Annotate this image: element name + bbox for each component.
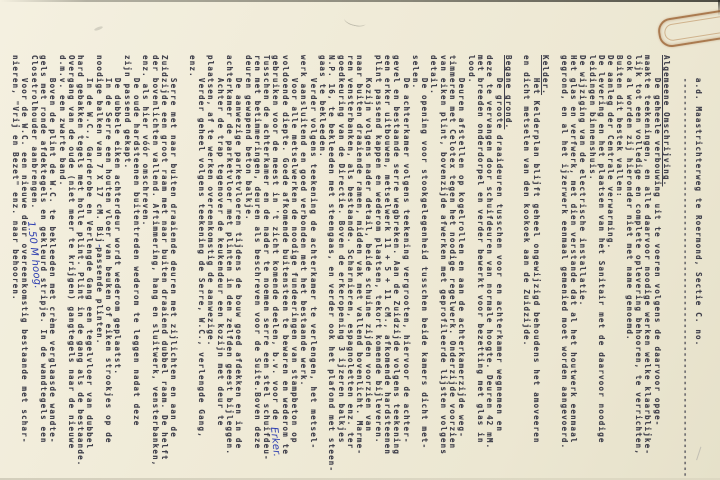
- typed-text: lijk tot een volledige en complete oplev…: [634, 55, 643, 455]
- document-line: naar buiten draaiende ramen, midden vak …: [355, 55, 364, 480]
- document-line: Het Kelderplan blijft geheel ongewijzigd…: [531, 55, 540, 480]
- document-line: ren vensterbanken, als bestaande. Scharn…: [346, 55, 355, 480]
- typed-text: goedkeuring van de Directie. Boven de er…: [337, 55, 346, 444]
- typed-text: hard gebakken tegels met holle plint. Pl…: [76, 55, 85, 467]
- document-line: Achter de trap tegenover de keukendeur e…: [215, 55, 224, 480]
- typed-text: met breeden onderdorpel en verder bewerk…: [476, 55, 485, 444]
- typed-text: achterkamer de parketvloer met plinten i…: [225, 55, 234, 455]
- document-line: Tusschen de achterkamer en de nader te n…: [262, 55, 271, 480]
- typed-text: een erker uitbouwen, metselwerk 11 + 5 +…: [383, 55, 392, 455]
- typed-text: Het glas en verfwerk, met dien verstande…: [569, 55, 578, 444]
- document-line: Het glas en verfwerk, met dien verstande…: [569, 55, 578, 480]
- typed-text: Het Kelderplan blijft geheel ongewijzigd…: [532, 55, 541, 444]
- document-line: selen.: [411, 55, 420, 480]
- typed-text: De dubbele eiken achterdeur wordt wedero…: [113, 55, 122, 375]
- document-line: detail.: [429, 55, 438, 480]
- typed-text: Algemeene Omschrijving.: [662, 55, 671, 186]
- typed-text: leidingen binnenshuis.: [588, 55, 597, 181]
- document-line: De opening voor stookgelegenheid tussche…: [420, 55, 429, 480]
- document-line: van eiken plint, bovenzijde afwerken met…: [438, 55, 447, 480]
- document-line: Boven de plint de W.C. te bekleeden met …: [48, 55, 57, 480]
- typed-text: selen.: [411, 55, 420, 89]
- document-line: zijn passend gekapt.: [122, 55, 131, 480]
- typed-text: gevel en bestaande serre wegbreken. Aan …: [392, 55, 401, 455]
- document-line: Serre met naar buiten draaiende deuren m…: [169, 55, 178, 480]
- typed-text: De aanwezige parketvloeren tijdens de bo…: [234, 55, 243, 449]
- document-line: N.P. 16, te bekleeden met steengaas, en …: [327, 55, 336, 480]
- section-heading: Begane grond.: [504, 55, 513, 480]
- typed-text: De geheele verbouwing uit te voeren volg…: [653, 55, 662, 427]
- document-line: met breeden onderdorpel en verder bewerk…: [476, 55, 485, 480]
- typed-text: Voor alle metselwerken de noodige fundee…: [290, 55, 299, 444]
- typed-text: Buiten dit bestek vallen:: [615, 55, 624, 198]
- document-line: hard gebakken tegels met holle plint. Pl…: [76, 55, 85, 480]
- typed-text: voldoende diepte. Goede afkomende buiten…: [281, 55, 290, 455]
- typed-text: N.P. 16, te bekleeden met steengaas, en …: [327, 55, 336, 472]
- typed-text: Begane grond.: [504, 55, 513, 129]
- typed-text: zijn passend gekapt.: [123, 55, 132, 169]
- typed-text: Verder volgens teekening de achterkamer …: [309, 55, 318, 449]
- typed-text: De groote draaideuren tusschen voor en a…: [495, 55, 504, 432]
- typed-text: Overgang van de oude (niet meer te krijg…: [67, 55, 76, 449]
- typed-text: Zuidzijde een groot raam met naar buiten…: [160, 55, 169, 461]
- typed-text: gebruiken voor de meest in 't zicht kome…: [271, 55, 280, 427]
- typed-text: Closetrolhouder aanbrengen.: [30, 55, 39, 221]
- typed-text: en dicht metselen van den kookoek aan de…: [522, 55, 531, 346]
- paperclip-rust-stain-inner: [663, 13, 720, 42]
- document-line: maakte teekeningen, en alle daarvoor noo…: [643, 55, 652, 480]
- document-line: voldoende diepte. Goede afkomende buiten…: [280, 55, 289, 480]
- document-text: a.d. Maastrichterweg te Roermond, Sectie…: [0, 0, 720, 480]
- typed-text: Deuren afstellen op kogelrollen en aan d…: [457, 55, 466, 438]
- typed-text: passende plinten.: [95, 247, 104, 344]
- typed-text: naar buiten draaiende ramen, midden vak …: [355, 55, 364, 455]
- document-line: Closetrolhouder aanbrengen. 1.50 M hoog.: [29, 55, 38, 480]
- document-line: plaatsen, af te werken overeenkomstig de…: [206, 55, 215, 480]
- typed-text: Serre met naar buiten draaiende deuren m…: [169, 55, 178, 438]
- scanned-page: a.d. Maastrichterweg te Roermond, Sectie…: [0, 0, 720, 480]
- handwritten-annotation: -: [94, 243, 104, 248]
- document-line: een erker uitbouwen, metselwerk 11 + 5 +…: [383, 55, 392, 480]
- document-line: Kozijn volgens nader detail, beide schui…: [364, 55, 373, 480]
- document-line: Overgang van de oude (niet meer te krijg…: [67, 55, 76, 480]
- typed-text: plint passend kappen en wederom plaatsen…: [374, 55, 383, 444]
- document-line: d.m.v. een zwarte band.: [57, 55, 66, 480]
- typed-text: Kozijn volgens nader detail, beide schui…: [364, 55, 373, 432]
- section-heading: Kelder.: [541, 55, 550, 480]
- document-line: en dicht metselen van den kookoek aan de…: [522, 55, 531, 480]
- document-line: In de W.C., Garderobe en Verlengde Gang …: [85, 55, 94, 480]
- typed-text: De oude hardsteenen buitentreden wederom…: [132, 55, 141, 427]
- typed-text: ren vensterbanken, als bestaande. Scharn…: [346, 55, 355, 449]
- document-line: De oude hardsteenen buitentreden wederom…: [132, 55, 141, 480]
- document-line: achterkamer de parketvloer met plinten i…: [225, 55, 234, 480]
- document-line: nieren, "Vrij en Bezet" enz. naar behoor…: [11, 55, 20, 480]
- typed-text: Tusschen de achterkamer en de nader te n…: [262, 55, 271, 461]
- handwritten-annotation: Erker.: [269, 426, 281, 457]
- document-line: ren met betimmeringen, deuren als beschr…: [253, 55, 262, 480]
- document-line: deze te vervangen door schuifdeuren van …: [485, 55, 494, 480]
- typed-text: gaas te bekleeden.: [318, 55, 327, 158]
- typed-text: In de W.C., Garderobe en Verlengde Gang …: [86, 55, 95, 449]
- typed-text: De wijziging van de electrische installa…: [578, 55, 587, 306]
- typed-text: deze te vervangen door schuifdeuren van …: [485, 55, 494, 449]
- typed-text: gels met ronde afdektegels en gekleurd s…: [39, 55, 48, 444]
- document-line: enz.: [187, 55, 196, 480]
- document-line: plint passend kappen en wederom plaatsen…: [373, 55, 382, 480]
- typed-text: deuren gewapend beton balkje.: [244, 55, 253, 221]
- document-line: ook al worden zij hieronder niet met nam…: [624, 55, 633, 480]
- document-line: De groote draaideuren tusschen voor en a…: [494, 55, 503, 480]
- document-line: leidingen binnenshuis.: [587, 55, 596, 480]
- typed-text: De achterkamer volgens teekening vergroo…: [402, 55, 411, 444]
- typed-text: ook al worden zij hieronder niet met nam…: [625, 55, 634, 341]
- document-line: deuren gewapend beton balkje.: [243, 55, 252, 480]
- document-line: gegrond, en al het ijzerwerk eenmaal gem…: [559, 55, 568, 480]
- document-line: De wijziging van de electrische installa…: [578, 55, 587, 480]
- document-line: gevel en bestaande serre wegbreken. Aan …: [392, 55, 401, 480]
- typed-text: nieren, "Vrij en Bezet" enz. naar behoor…: [11, 55, 20, 301]
- document-line: De aanwezige parketvloeren tijdens de bo…: [234, 55, 243, 480]
- typed-text: De aanleg der Centrale verwarming.: [606, 55, 615, 249]
- document-line: Voor alle metselwerken de noodige fundee…: [290, 55, 299, 480]
- typed-text: ren met betimmeringen, deuren als beschr…: [253, 55, 262, 449]
- document-line: [178, 55, 187, 480]
- typed-text: lood.: [467, 55, 476, 84]
- document-line: [513, 55, 522, 480]
- document-line: De geheele verbouwing uit te voeren volg…: [652, 55, 661, 480]
- typed-text: Boven de plint de W.C. te bekleeden met …: [48, 55, 57, 444]
- document-line: timmeren met Celotex tegen het noodige r…: [448, 55, 457, 480]
- typed-text: van eiken plint, bovenzijde afwerken met…: [439, 55, 448, 455]
- typed-text: Kelder.: [541, 55, 550, 95]
- document-line: enz. als hier vóór omschreven.: [141, 55, 150, 480]
- document-line: [550, 55, 559, 480]
- document-line: De dubbele eiken achterdeur wordt wedero…: [113, 55, 122, 480]
- document-line: Verder geheel volgens teekening de Serre…: [197, 55, 206, 480]
- typed-text: noodige balken van 7 X 17 cM. Bij: [95, 55, 104, 244]
- typed-text: enz.: [188, 55, 197, 78]
- document-line: a.d. Maastrichterweg te Roermond, Sectie…: [694, 55, 703, 480]
- document-line: De achterkamer volgens teekening vergroo…: [401, 55, 410, 480]
- typed-text: gegrond, en al het ijzerwerk eenmaal gem…: [560, 55, 569, 449]
- typed-text: ----------------------------------------…: [681, 55, 690, 478]
- document-line: Verder volgens teekening de achterkamer …: [308, 55, 317, 480]
- typed-text: In de Serre een houten vloer van beuken …: [104, 55, 113, 444]
- document-line: der bovenlichten vallend. Aftimmering, h…: [150, 55, 159, 480]
- typed-text: timmeren met Celotex tegen het noodige r…: [448, 55, 457, 449]
- document-line: Voor de W.C. een nieuwe deur overeenkoms…: [20, 55, 29, 480]
- typed-text: a.d. Maastrichterweg te Roermond, Sectie…: [694, 55, 703, 346]
- document-line: lijk tot een volledige en complete oplev…: [634, 55, 643, 480]
- document-line: werk aansluitend en goed verbonden met h…: [299, 55, 308, 480]
- document-line: In de Serre een houten vloer van beuken …: [104, 55, 113, 480]
- typed-text: De levering en het plaatsen van het Sani…: [597, 55, 606, 444]
- typed-text: Verder geheel volgens teekening de Serre…: [197, 55, 206, 438]
- typed-text: Achter de trap tegenover de keukendeur e…: [216, 55, 225, 427]
- document-line: Deuren afstellen op kogelrollen en aan d…: [457, 55, 466, 480]
- document-line: ----------------------------------------…: [681, 55, 690, 480]
- typed-text: De opening voor stookgelegenheid tussche…: [420, 55, 429, 449]
- typed-text: d.m.v. een zwarte band.: [58, 55, 67, 186]
- document-line: De aanleg der Centrale verwarming.: [606, 55, 615, 480]
- scan-edge-top: [0, 0, 720, 2]
- document-line: goedkeuring van de Directie. Boven de er…: [336, 55, 345, 480]
- document-line: gaas te bekleeden.: [318, 55, 327, 480]
- typed-text: detail.: [429, 55, 438, 95]
- typed-text: plaatsen, af te werken overeenkomstig de…: [206, 55, 215, 346]
- document-line: noodige balken van 7 X 17 cM. Bij-passen…: [95, 55, 104, 480]
- document-line: Buiten dit bestek vallen:: [615, 55, 624, 480]
- typed-text: maakte teekeningen, en alle daarvoor noo…: [643, 55, 652, 455]
- document-line: De levering en het plaatsen van het Sani…: [597, 55, 606, 480]
- document-line: lood.: [466, 55, 475, 480]
- typed-text: werk aansluitend en goed verbonden met h…: [299, 55, 308, 387]
- typed-text: enz. als hier vóór omschreven.: [141, 55, 150, 226]
- document-line: Zuidzijde een groot raam met naar buiten…: [160, 55, 169, 480]
- section-heading: Algemeene Omschrijving.: [662, 55, 671, 480]
- document-line: gebruiken voor de meest in 't zicht kome…: [271, 55, 280, 480]
- typed-text: der bovenlichten vallend. Aftimmering, h…: [151, 55, 160, 467]
